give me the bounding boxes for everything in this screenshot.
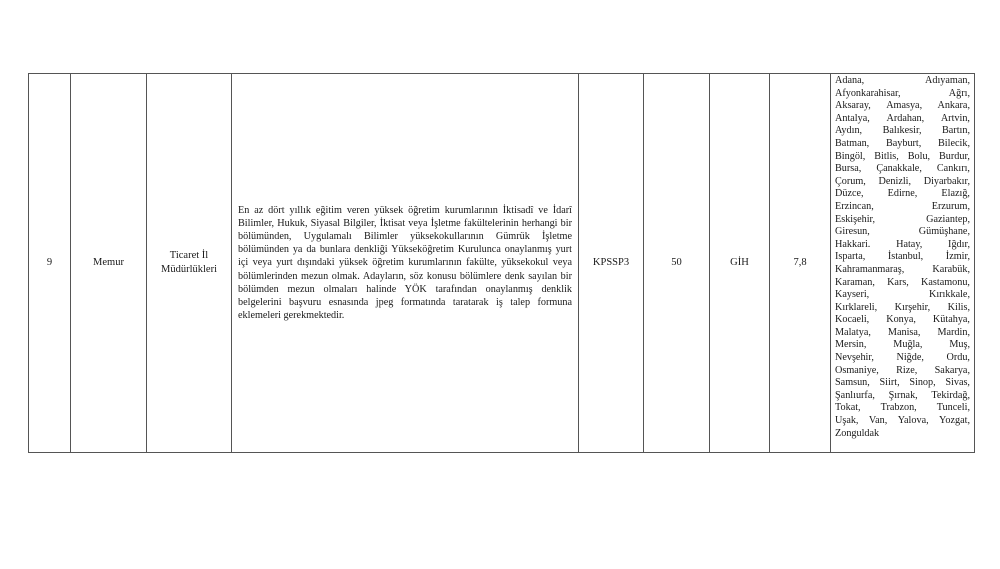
qualification-cell: En az dört yıllık eğitim veren yüksek öğ…	[232, 74, 579, 453]
row-number-cell: 9	[29, 74, 71, 453]
city-name: Elazığ,	[941, 188, 970, 201]
city-name: Kırıkkale,	[929, 289, 970, 302]
city-name: Siirt,	[880, 377, 900, 390]
cities-line: Adana,Adıyaman,	[835, 75, 970, 88]
cities-line: Erzincan,Erzurum,	[835, 201, 970, 214]
degree: 7,8	[793, 256, 806, 270]
city-name: Batman,	[835, 138, 869, 151]
city-name: Bolu,	[908, 151, 930, 164]
city-name: Düzce,	[835, 188, 864, 201]
city-name: Trabzon,	[881, 402, 917, 415]
city-name: Yozgat,	[939, 415, 970, 428]
city-name: Zonguldak	[835, 428, 879, 441]
score-type: KPSSP3	[593, 256, 629, 270]
city-name: Erzincan,	[835, 201, 874, 214]
city-name: Yalova,	[898, 415, 929, 428]
cities-line: Isparta,İstanbul,İzmir,	[835, 251, 970, 264]
unit-line-1: Ticaret İl	[170, 250, 208, 261]
city-name: Samsun,	[835, 377, 870, 390]
city-name: Hakkari.	[835, 239, 870, 252]
city-name: Afyonkarahisar,	[835, 88, 901, 101]
cities-line: Batman,Bayburt,Bilecik,	[835, 138, 970, 151]
city-name: Mardin,	[937, 327, 970, 340]
city-name: Giresun,	[835, 226, 870, 239]
unit-cell: Ticaret İl Müdürlükleri	[147, 74, 232, 453]
city-name: Amasya,	[886, 100, 922, 113]
city-name: Bitlis,	[874, 151, 899, 164]
city-name: Diyarbakır,	[924, 176, 970, 189]
cities-line: Kocaeli,Konya,Kütahya,	[835, 314, 970, 327]
city-name: Şırnak,	[889, 390, 918, 403]
cities-line: Tokat,Trabzon,Tunceli,	[835, 402, 970, 415]
cities-line: Nevşehir,Niğde,Ordu,	[835, 352, 970, 365]
cities-line: Kırklareli,Kırşehir,Kilis,	[835, 302, 970, 315]
cities-line: Şanlıurfa,Şırnak,Tekirdağ,	[835, 390, 970, 403]
city-name: Hatay,	[896, 239, 922, 252]
position-title: Memur	[93, 256, 124, 270]
city-name: Kilis,	[948, 302, 970, 315]
city-name: Kocaeli,	[835, 314, 869, 327]
city-name: Konya,	[886, 314, 916, 327]
city-name: Rize,	[896, 365, 917, 378]
cities-line: Karaman,Kars,Kastamonu,	[835, 277, 970, 290]
city-name: Kırşehir,	[895, 302, 931, 315]
city-name: Bayburt,	[886, 138, 921, 151]
city-name: Burdur,	[939, 151, 970, 164]
cities-line: Kayseri,Kırıkkale,	[835, 289, 970, 302]
city-name: Bingöl,	[835, 151, 865, 164]
cities-line: Zonguldak	[835, 428, 970, 441]
city-name: Aksaray,	[835, 100, 871, 113]
cities-line: Afyonkarahisar,Ağrı,	[835, 88, 970, 101]
cities-line: Çorum,Denizli,Diyarbakır,	[835, 176, 970, 189]
city-name: Ordu,	[947, 352, 970, 365]
cities-line: Bingöl,Bitlis,Bolu,Burdur,	[835, 151, 970, 164]
city-name: Mersin,	[835, 339, 866, 352]
city-name: Bartın,	[942, 125, 970, 138]
degree-cell: 7,8	[770, 74, 831, 453]
city-name: Karabük,	[932, 264, 970, 277]
cities-line: Mersin,Muğla,Muş,	[835, 339, 970, 352]
city-name: Bursa,	[835, 163, 861, 176]
cities-line: Eskişehir,Gaziantep,	[835, 214, 970, 227]
city-name: Gaziantep,	[926, 214, 970, 227]
cities-line: Uşak,Van,Yalova,Yozgat,	[835, 415, 970, 428]
city-name: Ardahan,	[887, 113, 925, 126]
cities-line: Düzce,Edirne,Elazığ,	[835, 188, 970, 201]
cities-line: Bursa,Çanakkale,Cankırı,	[835, 163, 970, 176]
city-name: Muş,	[949, 339, 970, 352]
city-name: Uşak,	[835, 415, 858, 428]
city-name: Antalya,	[835, 113, 870, 126]
unit-line-2: Müdürlükleri	[161, 264, 217, 275]
city-name: Erzurum,	[932, 201, 970, 214]
city-name: Aydın,	[835, 125, 862, 138]
city-name: Çorum,	[835, 176, 866, 189]
city-name: Balıkesir,	[883, 125, 922, 138]
service-class: GİH	[730, 256, 749, 270]
city-name: Artvin,	[941, 113, 970, 126]
city-name: Malatya,	[835, 327, 871, 340]
unit-name: Ticaret İl Müdürlükleri	[161, 249, 217, 277]
cities-list: Adana,Adıyaman,Afyonkarahisar,Ağrı,Aksar…	[835, 75, 970, 440]
cities-line: Aksaray,Amasya,Ankara,	[835, 100, 970, 113]
city-name: Gümüşhane,	[919, 226, 970, 239]
city-name: Ankara,	[937, 100, 970, 113]
city-name: Eskişehir,	[835, 214, 875, 227]
city-name: Osmaniye,	[835, 365, 879, 378]
city-name: Denizli,	[879, 176, 912, 189]
table-row: 9 Memur Ticaret İl Müdürlükleri En az dö…	[29, 74, 975, 453]
city-name: Van,	[869, 415, 887, 428]
city-name: Edirne,	[888, 188, 918, 201]
job-table: 9 Memur Ticaret İl Müdürlükleri En az dö…	[28, 73, 975, 453]
cities-line: Aydın,Balıkesir,Bartın,	[835, 125, 970, 138]
qualification-text: En az dört yıllık eğitim veren yüksek öğ…	[238, 204, 572, 323]
city-name: Sakarya,	[935, 365, 970, 378]
city-name: Niğde,	[896, 352, 923, 365]
city-name: Sinop,	[909, 377, 935, 390]
min-score: 50	[671, 256, 682, 270]
city-name: Kütahya,	[933, 314, 970, 327]
city-name: Kahramanmaraş,	[835, 264, 904, 277]
cities-line: Kahramanmaraş,Karabük,	[835, 264, 970, 277]
city-name: Nevşehir,	[835, 352, 874, 365]
city-name: Cankırı,	[937, 163, 970, 176]
row-number: 9	[47, 256, 52, 270]
score-type-cell: KPSSP3	[579, 74, 644, 453]
city-name: İstanbul,	[888, 251, 923, 264]
city-name: Iğdır,	[948, 239, 970, 252]
city-name: Karaman,	[835, 277, 875, 290]
city-name: Sivas,	[945, 377, 970, 390]
city-name: Kars,	[887, 277, 909, 290]
city-name: Ağrı,	[949, 88, 970, 101]
cities-line: Giresun,Gümüşhane,	[835, 226, 970, 239]
cities-line: Samsun,Siirt,Sinop,Sivas,	[835, 377, 970, 390]
city-name: Şanlıurfa,	[835, 390, 875, 403]
city-name: Muğla,	[893, 339, 922, 352]
class-cell: GİH	[710, 74, 770, 453]
cities-line: Osmaniye,Rize,Sakarya,	[835, 365, 970, 378]
city-name: Kastamonu,	[921, 277, 970, 290]
city-name: Kırklareli,	[835, 302, 877, 315]
position-cell: Memur	[71, 74, 147, 453]
min-score-cell: 50	[644, 74, 710, 453]
city-name: Bilecik,	[938, 138, 970, 151]
city-name: Isparta,	[835, 251, 865, 264]
city-name: Adana,	[835, 75, 864, 88]
cities-line: Malatya,Manisa,Mardin,	[835, 327, 970, 340]
city-name: İzmir,	[946, 251, 970, 264]
cities-line: Hakkari.Hatay,Iğdır,	[835, 239, 970, 252]
city-name: Kayseri,	[835, 289, 869, 302]
city-name: Manisa,	[888, 327, 921, 340]
city-name: Tokat,	[835, 402, 861, 415]
city-name: Adıyaman,	[925, 75, 970, 88]
city-name: Çanakkale,	[876, 163, 922, 176]
cities-cell: Adana,Adıyaman,Afyonkarahisar,Ağrı,Aksar…	[831, 74, 975, 453]
city-name: Tekirdağ,	[931, 390, 970, 403]
city-name: Tunceli,	[937, 402, 970, 415]
cities-line: Antalya,Ardahan,Artvin,	[835, 113, 970, 126]
